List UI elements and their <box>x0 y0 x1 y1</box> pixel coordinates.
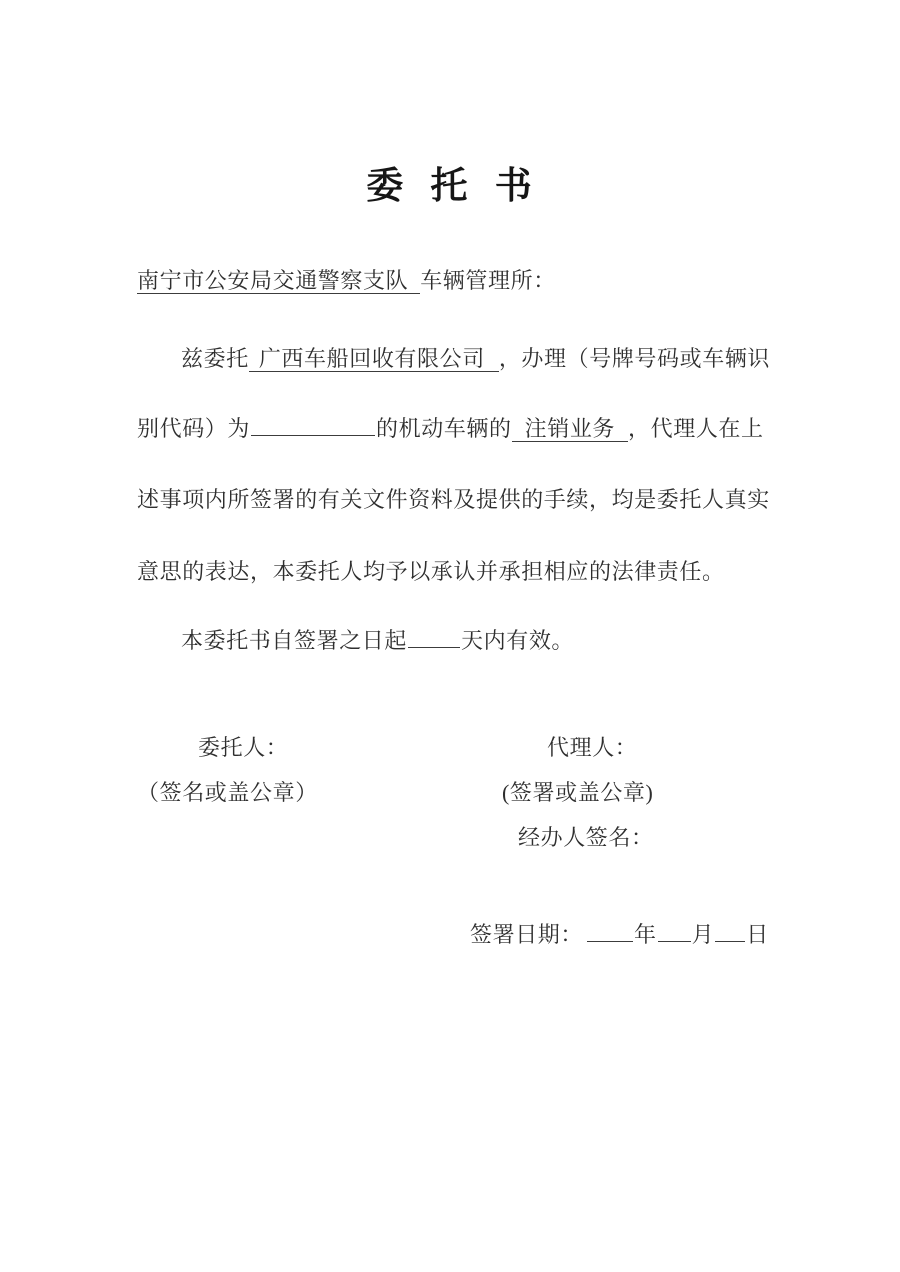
business-type-underlined: 注销业务 <box>512 416 628 442</box>
validity-line: 本委托书自签署之日起天内有效。 <box>181 626 574 656</box>
validity-days-blank-field <box>408 626 460 648</box>
month-label: 月 <box>692 922 715 947</box>
date-prefix: 签署日期： <box>470 922 583 947</box>
validity-post-text: 天内有效。 <box>461 628 574 653</box>
handler-signature-label: 经办人签名： <box>518 823 654 853</box>
month-blank-field <box>658 920 691 942</box>
agent-label: 代理人： <box>547 733 637 763</box>
delegation-post-text: ，办理（号牌号码或车辆识 <box>499 346 770 371</box>
recipient-line: 南宁市公安局交通警察支队车辆管理所： <box>137 266 556 296</box>
day-blank-field <box>715 920 745 942</box>
year-label: 年 <box>634 922 657 947</box>
agent-signature-note: (签署或盖公章) <box>502 778 653 808</box>
document-title: 委 托 书 <box>0 155 900 209</box>
vehicle-id-blank-field <box>251 414 375 436</box>
recipient-authority-underlined: 南宁市公安局交通警察支队 <box>137 268 420 294</box>
agent-post-text: ，代理人在上 <box>628 416 764 441</box>
validity-pre-text: 本委托书自签署之日起 <box>181 628 407 653</box>
recipient-office: 车辆管理所： <box>420 268 556 293</box>
principal-signature-note: （签名或盖公章） <box>137 778 318 808</box>
principal-label: 委托人： <box>198 733 288 763</box>
delegation-line-2: 别代码）为的机动车辆的注销业务，代理人在上 <box>137 414 764 444</box>
year-blank-field <box>587 920 633 942</box>
delegation-pre-text: 兹委托 <box>181 346 249 371</box>
day-label: 日 <box>746 922 769 947</box>
document-page: 委 托 书 南宁市公安局交通警察支队车辆管理所： 兹委托广西车船回收有限公司，办… <box>0 0 900 1272</box>
vehicle-mid-text: 的机动车辆的 <box>376 416 512 441</box>
delegated-company-name: 广西车船回收有限公司 <box>249 346 499 372</box>
delegation-line-1: 兹委托广西车船回收有限公司，办理（号牌号码或车辆识 <box>181 344 770 374</box>
delegation-line-4: 意思的表达，本委托人均予以承认并承担相应的法律责任。 <box>137 557 725 587</box>
vehicle-id-pre-text: 别代码）为 <box>137 416 250 441</box>
signing-date-line: 签署日期：年月日 <box>470 920 769 950</box>
delegation-line-3: 述事项内所签署的有关文件资料及提供的手续，均是委托人真实 <box>137 485 770 515</box>
